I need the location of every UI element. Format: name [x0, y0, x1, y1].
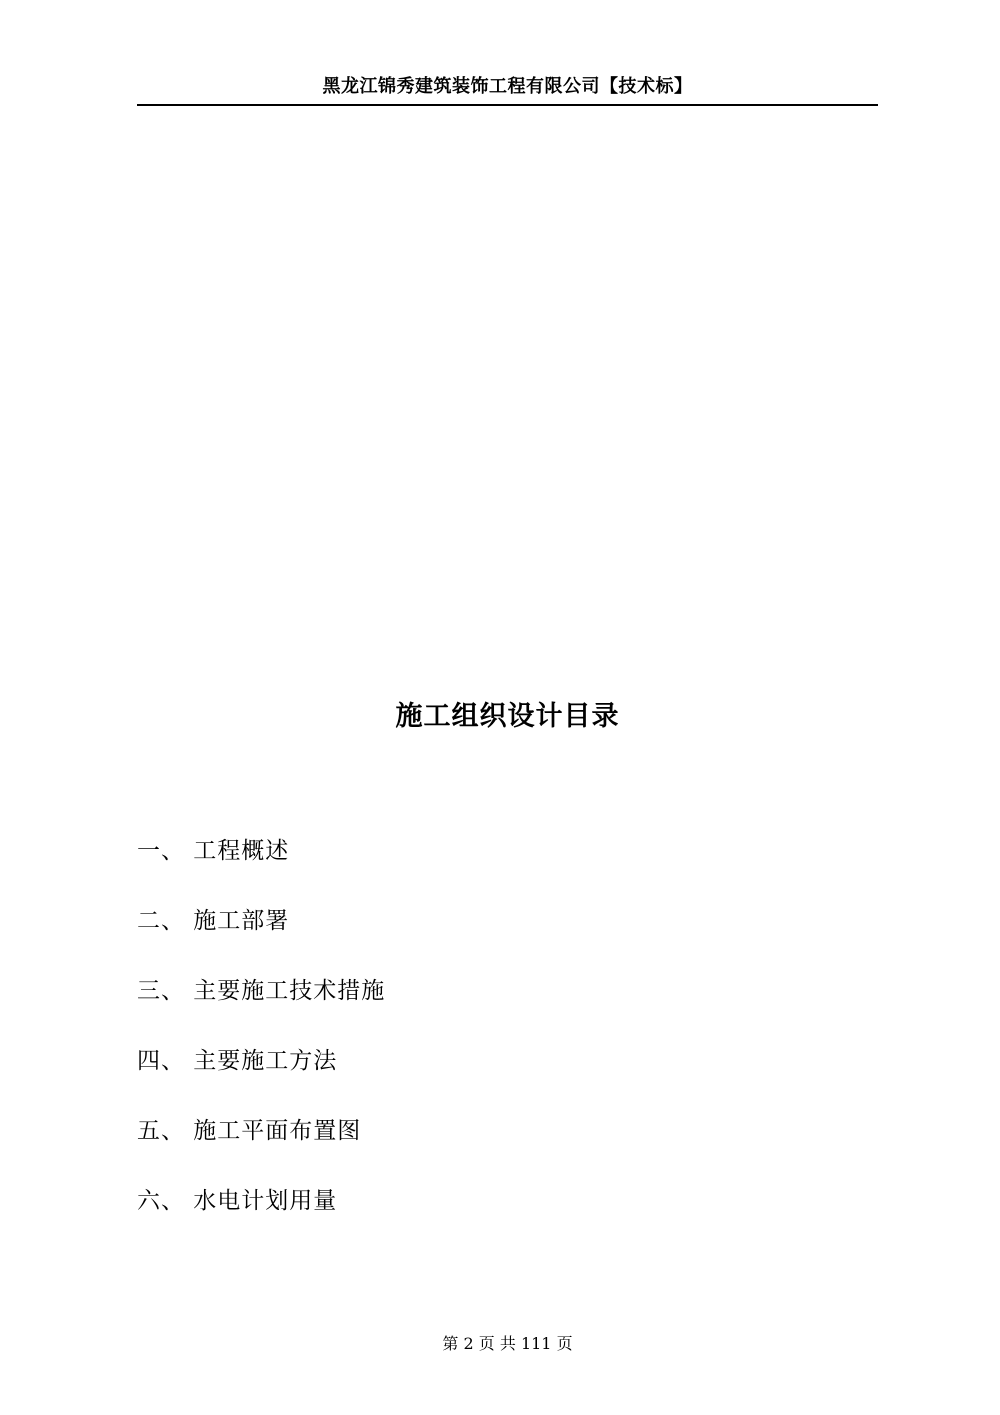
toc-item: 二、 施工部署: [137, 907, 878, 935]
document-page: 黑龙江锦秀建筑装饰工程有限公司【技术标】 施工组织设计目录 一、 工程概述二、 …: [0, 0, 1000, 1415]
toc-item: 一、 工程概述: [137, 837, 878, 865]
header-company-title: 黑龙江锦秀建筑装饰工程有限公司【技术标】: [323, 72, 693, 104]
page-footer: 第 2 页 共 111 页: [137, 1331, 878, 1354]
toc-item: 四、 主要施工方法: [137, 1047, 878, 1075]
toc-item: 五、 施工平面布置图: [137, 1117, 878, 1145]
document-title: 施工组织设计目录: [137, 694, 878, 733]
table-of-contents: 一、 工程概述二、 施工部署三、 主要施工技术措施四、 主要施工方法五、 施工平…: [137, 837, 878, 1257]
page-number-indicator: 第 2 页 共 111 页: [442, 1334, 572, 1353]
page-header: 黑龙江锦秀建筑装饰工程有限公司【技术标】: [137, 0, 878, 106]
toc-item: 三、 主要施工技术措施: [137, 977, 878, 1005]
toc-item: 六、 水电计划用量: [137, 1187, 878, 1215]
